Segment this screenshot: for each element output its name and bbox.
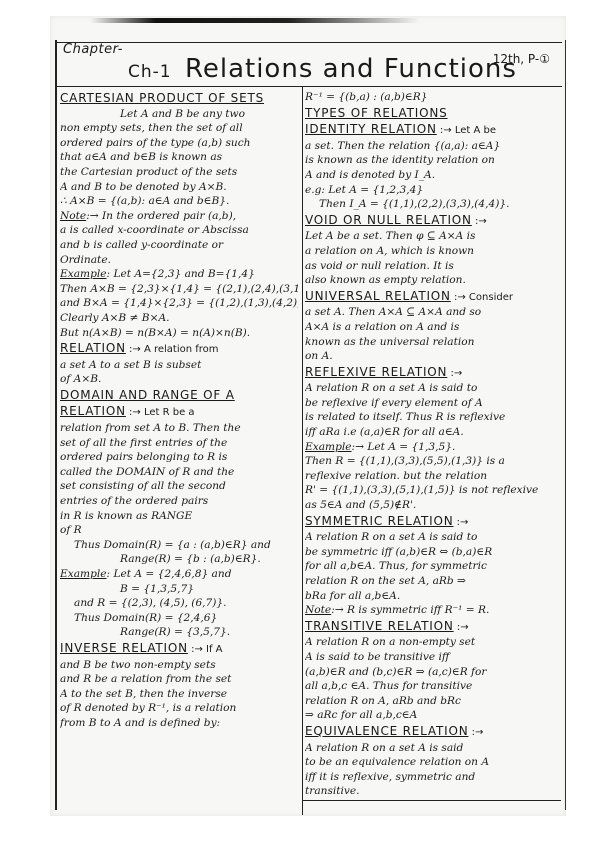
- left-column: Cartesian Product of SetsLet A and B be …: [60, 90, 298, 731]
- line-text: Then A×B = {2,3}×{1,4} = {(2,1),(2,4),(3…: [60, 283, 298, 295]
- heading-suffix: :→ Consider: [451, 292, 513, 303]
- line-text: iff it is reflexive, symmetric and: [305, 771, 475, 783]
- text-line: and B be two non-empty sets: [60, 658, 298, 673]
- heading-text: Types of Relations: [305, 106, 448, 120]
- inline-label: Note: [60, 210, 86, 222]
- heading-text: Relation: [60, 341, 126, 355]
- text-line: and R be a relation from the set: [60, 672, 298, 687]
- text-line: Range(R) = {3,5,7}.: [60, 625, 298, 640]
- line-text: A relation R on a set A is said: [305, 742, 463, 754]
- line-text: a set A to a set B is subset: [60, 359, 201, 371]
- bottom-rule-right: [303, 800, 561, 801]
- line-text: and b is called y-coordinate or: [60, 239, 223, 251]
- page-title: Ch-1 Relations and Functions: [128, 54, 517, 84]
- text-line: and R = {(2,3), (4,5), (6,7)}.: [60, 596, 298, 611]
- text-line: A to the set B, then the inverse: [60, 687, 298, 702]
- right-column: R⁻¹ = {(b,a) : (a,b)∈R}Types of Relation…: [305, 90, 561, 799]
- text-line: also known as empty relation.: [305, 273, 561, 288]
- text-line: Then A×B = {2,3}×{1,4} = {(2,1),(2,4),(3…: [60, 282, 298, 297]
- line-text: Range(R) = {3,5,7}.: [120, 626, 230, 638]
- line-text: relation from set A to B. Then the: [60, 422, 241, 434]
- text-line: Note:→ R is symmetric iff R⁻¹ = R.: [305, 603, 561, 618]
- text-line: Ordinate.: [60, 253, 298, 268]
- line-text: Then I_A = {(1,1),(2,2),(3,3),(4,4)}.: [319, 198, 510, 210]
- section-heading: Relation :→ A relation from: [60, 340, 298, 358]
- line-text: a set. Then the relation {(a,a): a∈A}: [305, 140, 500, 152]
- text-line: of A×B.: [60, 372, 298, 387]
- line-text: relation R on the set A, aRb ⇒: [305, 575, 466, 587]
- line-text: Ordinate.: [60, 254, 111, 266]
- text-line: e.g: Let A = {1,2,3,4}: [305, 183, 561, 198]
- text-line: Then R = {(1,1),(3,3),(5,5),(1,3)} is a: [305, 454, 561, 469]
- line-text: be symmetric iff (a,b)∈R ⇔ (b,a)∈R: [305, 546, 492, 558]
- text-line: a set A to a set B is subset: [60, 358, 298, 373]
- line-text: and B be two non-empty sets: [60, 659, 216, 671]
- line-text: Let A and B be any two: [120, 108, 245, 120]
- text-line: transitive.: [305, 784, 561, 799]
- text-line: Example:→ Let A = {1,3,5}.: [305, 440, 561, 455]
- line-text: :→ In the ordered pair (a,b),: [86, 210, 236, 222]
- text-line: R' = {(1,1),(3,3),(5,1),(1,5)} is not re…: [305, 483, 561, 498]
- section-heading: Cartesian Product of Sets: [60, 90, 298, 107]
- heading-suffix: :→: [447, 368, 462, 379]
- line-text: as 5∈A and (5,5)∉R'.: [305, 499, 416, 511]
- line-text: transitive.: [305, 785, 360, 797]
- heading-suffix: :→: [454, 622, 469, 633]
- heading-text: Identity Relation: [305, 122, 437, 136]
- line-text: A and B to be denoted by A×B.: [60, 181, 227, 193]
- text-line: bRa for all a,b∈A.: [305, 589, 561, 604]
- text-line: a is called x-coordinate or Abscissa: [60, 223, 298, 238]
- line-text: of R: [60, 524, 82, 536]
- text-line: and b is called y-coordinate or: [60, 238, 298, 253]
- line-text: and R = {(2,3), (4,5), (6,7)}.: [74, 597, 227, 609]
- text-line: the Cartesian product of the sets: [60, 165, 298, 180]
- text-line: of R denoted by R⁻¹, is a relation: [60, 701, 298, 716]
- line-text: ordered pairs belonging to R is: [60, 451, 227, 463]
- text-line: a set A. Then A×A ⊆ A×A and so: [305, 305, 561, 320]
- text-line: to be an equivalence relation on A: [305, 755, 561, 770]
- title-text: Relations and Functions: [185, 54, 517, 84]
- line-text: entries of the ordered pairs: [60, 495, 208, 507]
- text-line: a relation on A, which is known: [305, 244, 561, 259]
- text-line: A relation R on a set A is said to: [305, 381, 561, 396]
- text-line: A and B to be denoted by A×B.: [60, 180, 298, 195]
- line-text: Range(R) = {b : (a,b)∈R}.: [120, 553, 261, 565]
- text-line: (a,b)∈R and (b,c)∈R ⇒ (a,c)∈R for: [305, 665, 561, 680]
- text-line: set consisting of all the second: [60, 479, 298, 494]
- line-text: all a,b,c ∈A. Thus for transitive: [305, 680, 472, 692]
- line-text: But n(A×B) = n(B×A) = n(A)×n(B).: [60, 327, 250, 339]
- text-line: ordered pairs belonging to R is: [60, 450, 298, 465]
- line-text: iff aRa i.e (a,a)∈R for all a∈A.: [305, 426, 464, 438]
- heading-suffix: :→ Let A be: [437, 125, 496, 136]
- text-line: Then I_A = {(1,1),(2,2),(3,3),(4,4)}.: [305, 197, 561, 212]
- inline-label: Note: [305, 604, 331, 616]
- line-text: in R is known as RANGE: [60, 510, 192, 522]
- text-line: for all a,b∈A. Thus, for symmetric: [305, 559, 561, 574]
- line-text: of R denoted by R⁻¹, is a relation: [60, 702, 236, 714]
- heading-text: Universal Relation: [305, 289, 451, 303]
- heading-text: Domain and Range of a: [60, 388, 235, 402]
- line-text: non empty sets, then the set of all: [60, 122, 243, 134]
- page-reference: 12th, P-①: [493, 52, 550, 66]
- line-text: A and is denoted by I_A.: [305, 169, 435, 181]
- section-heading: Symmetric Relation :→: [305, 513, 561, 531]
- text-line: Example: Let A = {2,4,6,8} and: [60, 567, 298, 582]
- text-line: ⇒ aRc for all a,b,c∈A: [305, 708, 561, 723]
- line-text: also known as empty relation.: [305, 274, 466, 286]
- text-line: on A.: [305, 349, 561, 364]
- text-line: Thus Domain(R) = {2,4,6}: [60, 611, 298, 626]
- text-line: as void or null relation. It is: [305, 259, 561, 274]
- line-text: to be an equivalence relation on A: [305, 756, 489, 768]
- heading-text: Cartesian Product of Sets: [60, 91, 264, 105]
- section-heading: Identity Relation :→ Let A be: [305, 121, 561, 139]
- text-line: set of all the first entries of the: [60, 436, 298, 451]
- line-text: R⁻¹ = {(b,a) : (a,b)∈R}: [305, 91, 428, 103]
- line-text: e.g: Let A = {1,2,3,4}: [305, 184, 423, 196]
- line-text: and B×A = {1,4}×{2,3} = {(1,2),(1,3),(4,…: [60, 297, 298, 309]
- line-text: a is called x-coordinate or Abscissa: [60, 224, 249, 236]
- line-text: as void or null relation. It is: [305, 260, 454, 272]
- text-line: that a∈A and b∈B is known as: [60, 150, 298, 165]
- section-heading: Types of Relations: [305, 105, 561, 122]
- text-line: a set. Then the relation {(a,a): a∈A}: [305, 139, 561, 154]
- text-line: be reflexive if every element of A: [305, 396, 561, 411]
- text-line: entries of the ordered pairs: [60, 494, 298, 509]
- text-line: Let A and B be any two: [60, 107, 298, 122]
- text-line: non empty sets, then the set of all: [60, 121, 298, 136]
- line-text: :→ Let A = {1,3,5}.: [352, 441, 456, 453]
- text-line: Clearly A×B ≠ B×A.: [60, 311, 298, 326]
- inline-label: Example: [60, 568, 107, 580]
- line-text: that a∈A and b∈B is known as: [60, 151, 222, 163]
- chapter-label: Chapter-: [63, 42, 123, 57]
- text-line: is related to itself. Thus R is reflexiv…: [305, 410, 561, 425]
- text-line: be symmetric iff (a,b)∈R ⇔ (b,a)∈R: [305, 545, 561, 560]
- text-line: relation R on the set A, aRb ⇒: [305, 574, 561, 589]
- line-text: A to the set B, then the inverse: [60, 688, 227, 700]
- line-text: the Cartesian product of the sets: [60, 166, 237, 178]
- line-text: a relation on A, which is known: [305, 245, 474, 257]
- text-line: A is said to be transitive iff: [305, 650, 561, 665]
- heading-suffix: :→ A relation from: [126, 344, 219, 355]
- heading-suffix: :→ If A: [188, 644, 223, 655]
- text-line: reflexive relation. but the relation: [305, 469, 561, 484]
- line-text: known as the universal relation: [305, 336, 474, 348]
- heading-suffix: :→ Let R be a: [126, 407, 195, 418]
- line-text: ⇒ aRc for all a,b,c∈A: [305, 709, 417, 721]
- line-text: be reflexive if every element of A: [305, 397, 483, 409]
- inline-label: Example: [60, 268, 107, 280]
- line-text: A×A is a relation on A and is: [305, 321, 459, 333]
- text-line: B = {1,3,5,7}: [60, 582, 298, 597]
- line-text: Clearly A×B ≠ B×A.: [60, 312, 170, 324]
- line-text: of A×B.: [60, 373, 101, 385]
- text-line: relation from set A to B. Then the: [60, 421, 298, 436]
- line-text: R' = {(1,1),(3,3),(5,1),(1,5)} is not re…: [305, 484, 538, 496]
- line-text: is related to itself. Thus R is reflexiv…: [305, 411, 505, 423]
- section-heading: Reflexive Relation :→: [305, 364, 561, 382]
- heading-text: Inverse Relation: [60, 641, 188, 655]
- line-text: on A.: [305, 350, 333, 362]
- text-line: But n(A×B) = n(B×A) = n(A)×n(B).: [60, 326, 298, 341]
- heading-text: Void or Null Relation: [305, 213, 472, 227]
- section-heading: Relation :→ Let R be a: [60, 403, 298, 421]
- text-line: Range(R) = {b : (a,b)∈R}.: [60, 552, 298, 567]
- line-text: Thus Domain(R) = {2,4,6}: [74, 612, 217, 624]
- heading-text: Symmetric Relation: [305, 514, 454, 528]
- line-text: ∴ A×B = {(a,b): a∈A and b∈B}.: [60, 195, 229, 207]
- text-line: in R is known as RANGE: [60, 509, 298, 524]
- heading-text: Relation: [60, 404, 126, 418]
- heading-suffix: :→: [472, 216, 487, 227]
- text-line: relation R on A, aRb and bRc: [305, 694, 561, 709]
- line-text: A relation R on a set A is said to: [305, 382, 477, 394]
- text-line: Example: Let A={2,3} and B={1,4}: [60, 267, 298, 282]
- section-heading: Domain and Range of a: [60, 387, 298, 404]
- page-header: Chapter- Ch-1 Relations and Functions 12…: [58, 40, 558, 88]
- line-text: a set A. Then A×A ⊆ A×A and so: [305, 306, 481, 318]
- text-line: A and is denoted by I_A.: [305, 168, 561, 183]
- text-line: Note:→ In the ordered pair (a,b),: [60, 209, 298, 224]
- line-text: bRa for all a,b∈A.: [305, 590, 400, 602]
- section-heading: Transitive Relation :→: [305, 618, 561, 636]
- text-line: iff it is reflexive, symmetric and: [305, 770, 561, 785]
- line-text: :→ R is symmetric iff R⁻¹ = R.: [331, 604, 489, 616]
- heading-text: Transitive Relation: [305, 619, 454, 633]
- text-line: called the DOMAIN of R and the: [60, 465, 298, 480]
- text-line: Let A be a set. Then φ ⊆ A×A is: [305, 229, 561, 244]
- text-line: A relation R on a set A is said to: [305, 530, 561, 545]
- text-line: A relation R on a non-empty set: [305, 635, 561, 650]
- text-line: as 5∈A and (5,5)∉R'.: [305, 498, 561, 513]
- line-text: Thus Domain(R) = {a : (a,b)∈R} and: [74, 539, 271, 551]
- line-text: reflexive relation. but the relation: [305, 470, 487, 482]
- line-text: B = {1,3,5,7}: [120, 583, 194, 595]
- heading-text: Reflexive Relation: [305, 365, 447, 379]
- text-line: all a,b,c ∈A. Thus for transitive: [305, 679, 561, 694]
- line-text: relation R on A, aRb and bRc: [305, 695, 461, 707]
- line-text: Then R = {(1,1),(3,3),(5,5),(1,3)} is a: [305, 455, 505, 467]
- line-text: A is said to be transitive iff: [305, 651, 449, 663]
- line-text: for all a,b∈A. Thus, for symmetric: [305, 560, 487, 572]
- section-heading: Equivalence Relation :→: [305, 723, 561, 741]
- section-heading: Inverse Relation :→ If A: [60, 640, 298, 658]
- text-line: from B to A and is defined by:: [60, 716, 298, 731]
- line-text: from B to A and is defined by:: [60, 717, 220, 729]
- text-line: of R: [60, 523, 298, 538]
- heading-text: Equivalence Relation: [305, 724, 468, 738]
- text-line: known as the universal relation: [305, 335, 561, 350]
- text-line: Thus Domain(R) = {a : (a,b)∈R} and: [60, 538, 298, 553]
- text-line: ∴ A×B = {(a,b): a∈A and b∈B}.: [60, 194, 298, 209]
- section-heading: Universal Relation :→ Consider: [305, 288, 561, 306]
- text-line: A relation R on a set A is said: [305, 741, 561, 756]
- text-line: ordered pairs of the type (a,b) such: [60, 136, 298, 151]
- scan-shadow: [90, 18, 420, 23]
- line-text: ordered pairs of the type (a,b) such: [60, 137, 251, 149]
- line-text: (a,b)∈R and (b,c)∈R ⇒ (a,c)∈R for: [305, 666, 486, 678]
- column-divider: [302, 87, 303, 815]
- inline-label: Example: [305, 441, 352, 453]
- line-text: and R be a relation from the set: [60, 673, 231, 685]
- section-heading: Void or Null Relation :→: [305, 212, 561, 230]
- text-line: A×A is a relation on A and is: [305, 320, 561, 335]
- line-text: is known as the identity relation on: [305, 154, 495, 166]
- text-line: R⁻¹ = {(b,a) : (a,b)∈R}: [305, 90, 561, 105]
- heading-suffix: :→: [454, 517, 469, 528]
- chapter-number: Ch-1: [128, 62, 172, 82]
- text-line: iff aRa i.e (a,a)∈R for all a∈A.: [305, 425, 561, 440]
- line-text: A relation R on a set A is said to: [305, 531, 477, 543]
- line-text: Let A be a set. Then φ ⊆ A×A is: [305, 230, 476, 242]
- text-line: and B×A = {1,4}×{2,3} = {(1,2),(1,3),(4,…: [60, 296, 298, 311]
- line-text: set of all the first entries of the: [60, 437, 227, 449]
- heading-suffix: :→: [468, 727, 483, 738]
- line-text: set consisting of all the second: [60, 480, 226, 492]
- line-text: : Let A = {2,4,6,8} and: [107, 568, 232, 580]
- line-text: A relation R on a non-empty set: [305, 636, 475, 648]
- line-text: : Let A={2,3} and B={1,4}: [107, 268, 255, 280]
- line-text: called the DOMAIN of R and the: [60, 466, 234, 478]
- text-line: is known as the identity relation on: [305, 153, 561, 168]
